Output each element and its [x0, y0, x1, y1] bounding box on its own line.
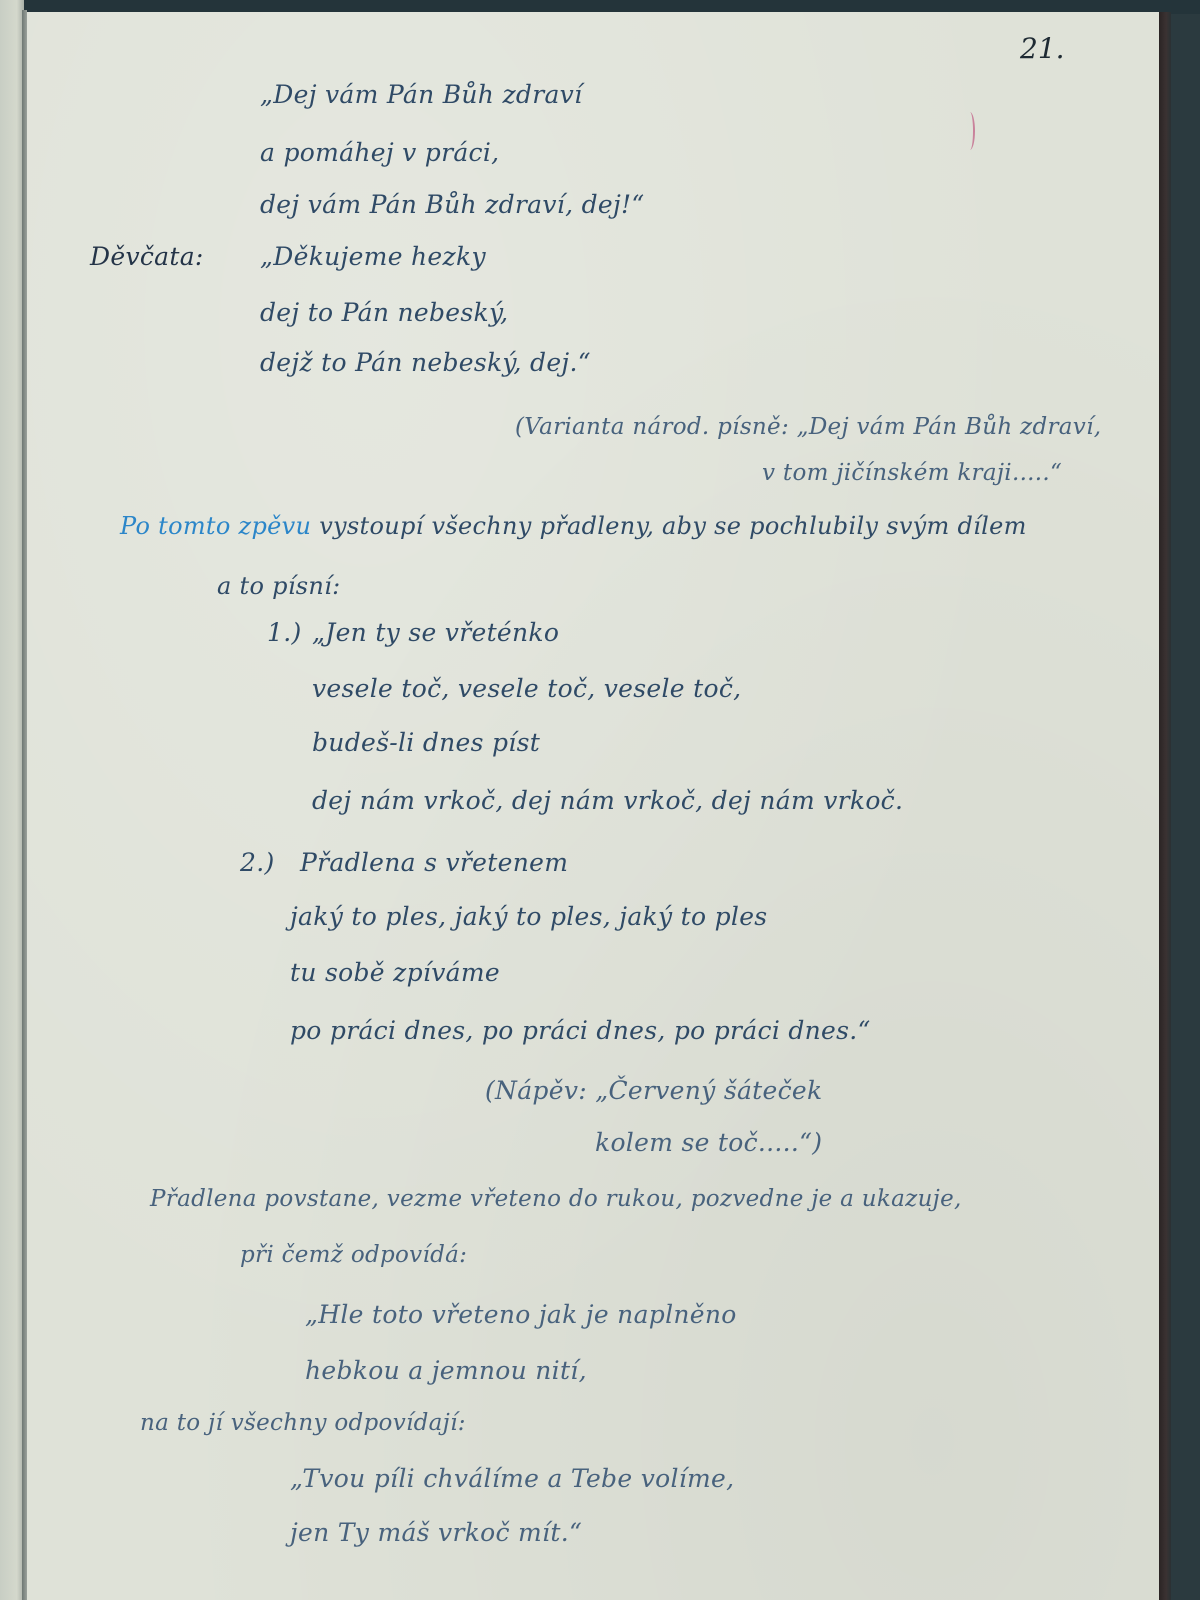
page-number: 21.: [1020, 32, 1065, 65]
girls-line-3: dejž to Pán nebeský, dej.“: [260, 350, 591, 375]
verse-2-line-4: po práci dnes, po práci dnes, po práci d…: [290, 1018, 871, 1043]
variant-line-2: v tom jičínském kraji.....“: [762, 462, 1062, 485]
speaker-label-girls: Děvčata:: [90, 244, 204, 269]
instruction-2-line-2: při čemž odpovídá:: [240, 1244, 467, 1267]
verse-1-line-2: vesele toč, vesele toč, vesele toč,: [312, 676, 741, 701]
verse-2-number: 2.): [240, 850, 275, 875]
manuscript-page: 21. „Dej vám Pán Bůh zdraví a pomáhej v …: [27, 12, 1159, 1600]
verse-1-line-3: budeš-li dnes píst: [312, 730, 540, 755]
instruction-all-reply: na to jí všechny odpovídají:: [140, 1412, 466, 1435]
greeting-line-2: a pomáhej v práci,: [260, 140, 499, 165]
verse-1-line-4: dej nám vrkoč, dej nám vrkoč, dej nám vr…: [312, 788, 903, 813]
instruction-1-line: Po tomto zpěvu vystoupí všechny přadleny…: [120, 514, 1027, 538]
instruction-1-rest: vystoupí všechny přadleny, aby se pochlu…: [319, 512, 1027, 540]
tune-line-1: (Nápěv: „Červený šáteček: [485, 1078, 822, 1103]
previous-page-edge: [0, 0, 24, 1600]
red-pencil-mark: [965, 112, 975, 150]
all-reply-line-2: jen Ty máš vrkoč mít.“: [290, 1520, 582, 1545]
verse-2-line-1: Přadlena s vřetenem: [300, 850, 568, 875]
verse-1-line-1: „Jen ty se vřeténko: [312, 620, 559, 645]
spindle-line-2: hebkou a jemnou nití,: [305, 1358, 587, 1383]
girls-line-2: dej to Pán nebeský,: [260, 300, 508, 325]
scanned-manuscript-scene: 21. „Dej vám Pán Bůh zdraví a pomáhej v …: [0, 0, 1200, 1600]
book-cover-edge: [1159, 12, 1171, 1600]
verse-2-line-2: jaký to ples, jaký to ples, jaký to ples: [290, 904, 767, 929]
greeting-line-3: dej vám Pán Bůh zdraví, dej!“: [260, 192, 644, 217]
girls-line-1: „Děkujeme hezky: [260, 244, 486, 269]
greeting-line-1: „Dej vám Pán Bůh zdraví: [260, 82, 582, 107]
all-reply-line-1: „Tvou píli chválíme a Tebe volíme,: [290, 1466, 734, 1491]
instruction-1-continuation: a to písní:: [217, 574, 341, 598]
tune-line-2: kolem se toč.....“): [595, 1130, 822, 1155]
verse-1-number: 1.): [267, 620, 302, 645]
instruction-2-line-1: Přadlena povstane, vezme vřeteno do ruko…: [150, 1188, 962, 1211]
spindle-line-1: „Hle toto vřeteno jak je naplněno: [305, 1302, 737, 1327]
verse-2-line-3: tu sobě zpíváme: [290, 960, 500, 985]
variant-line-1: (Varianta národ. písně: „Dej vám Pán Bůh…: [515, 416, 1101, 439]
instruction-1-highlight: Po tomto zpěvu: [120, 512, 311, 540]
